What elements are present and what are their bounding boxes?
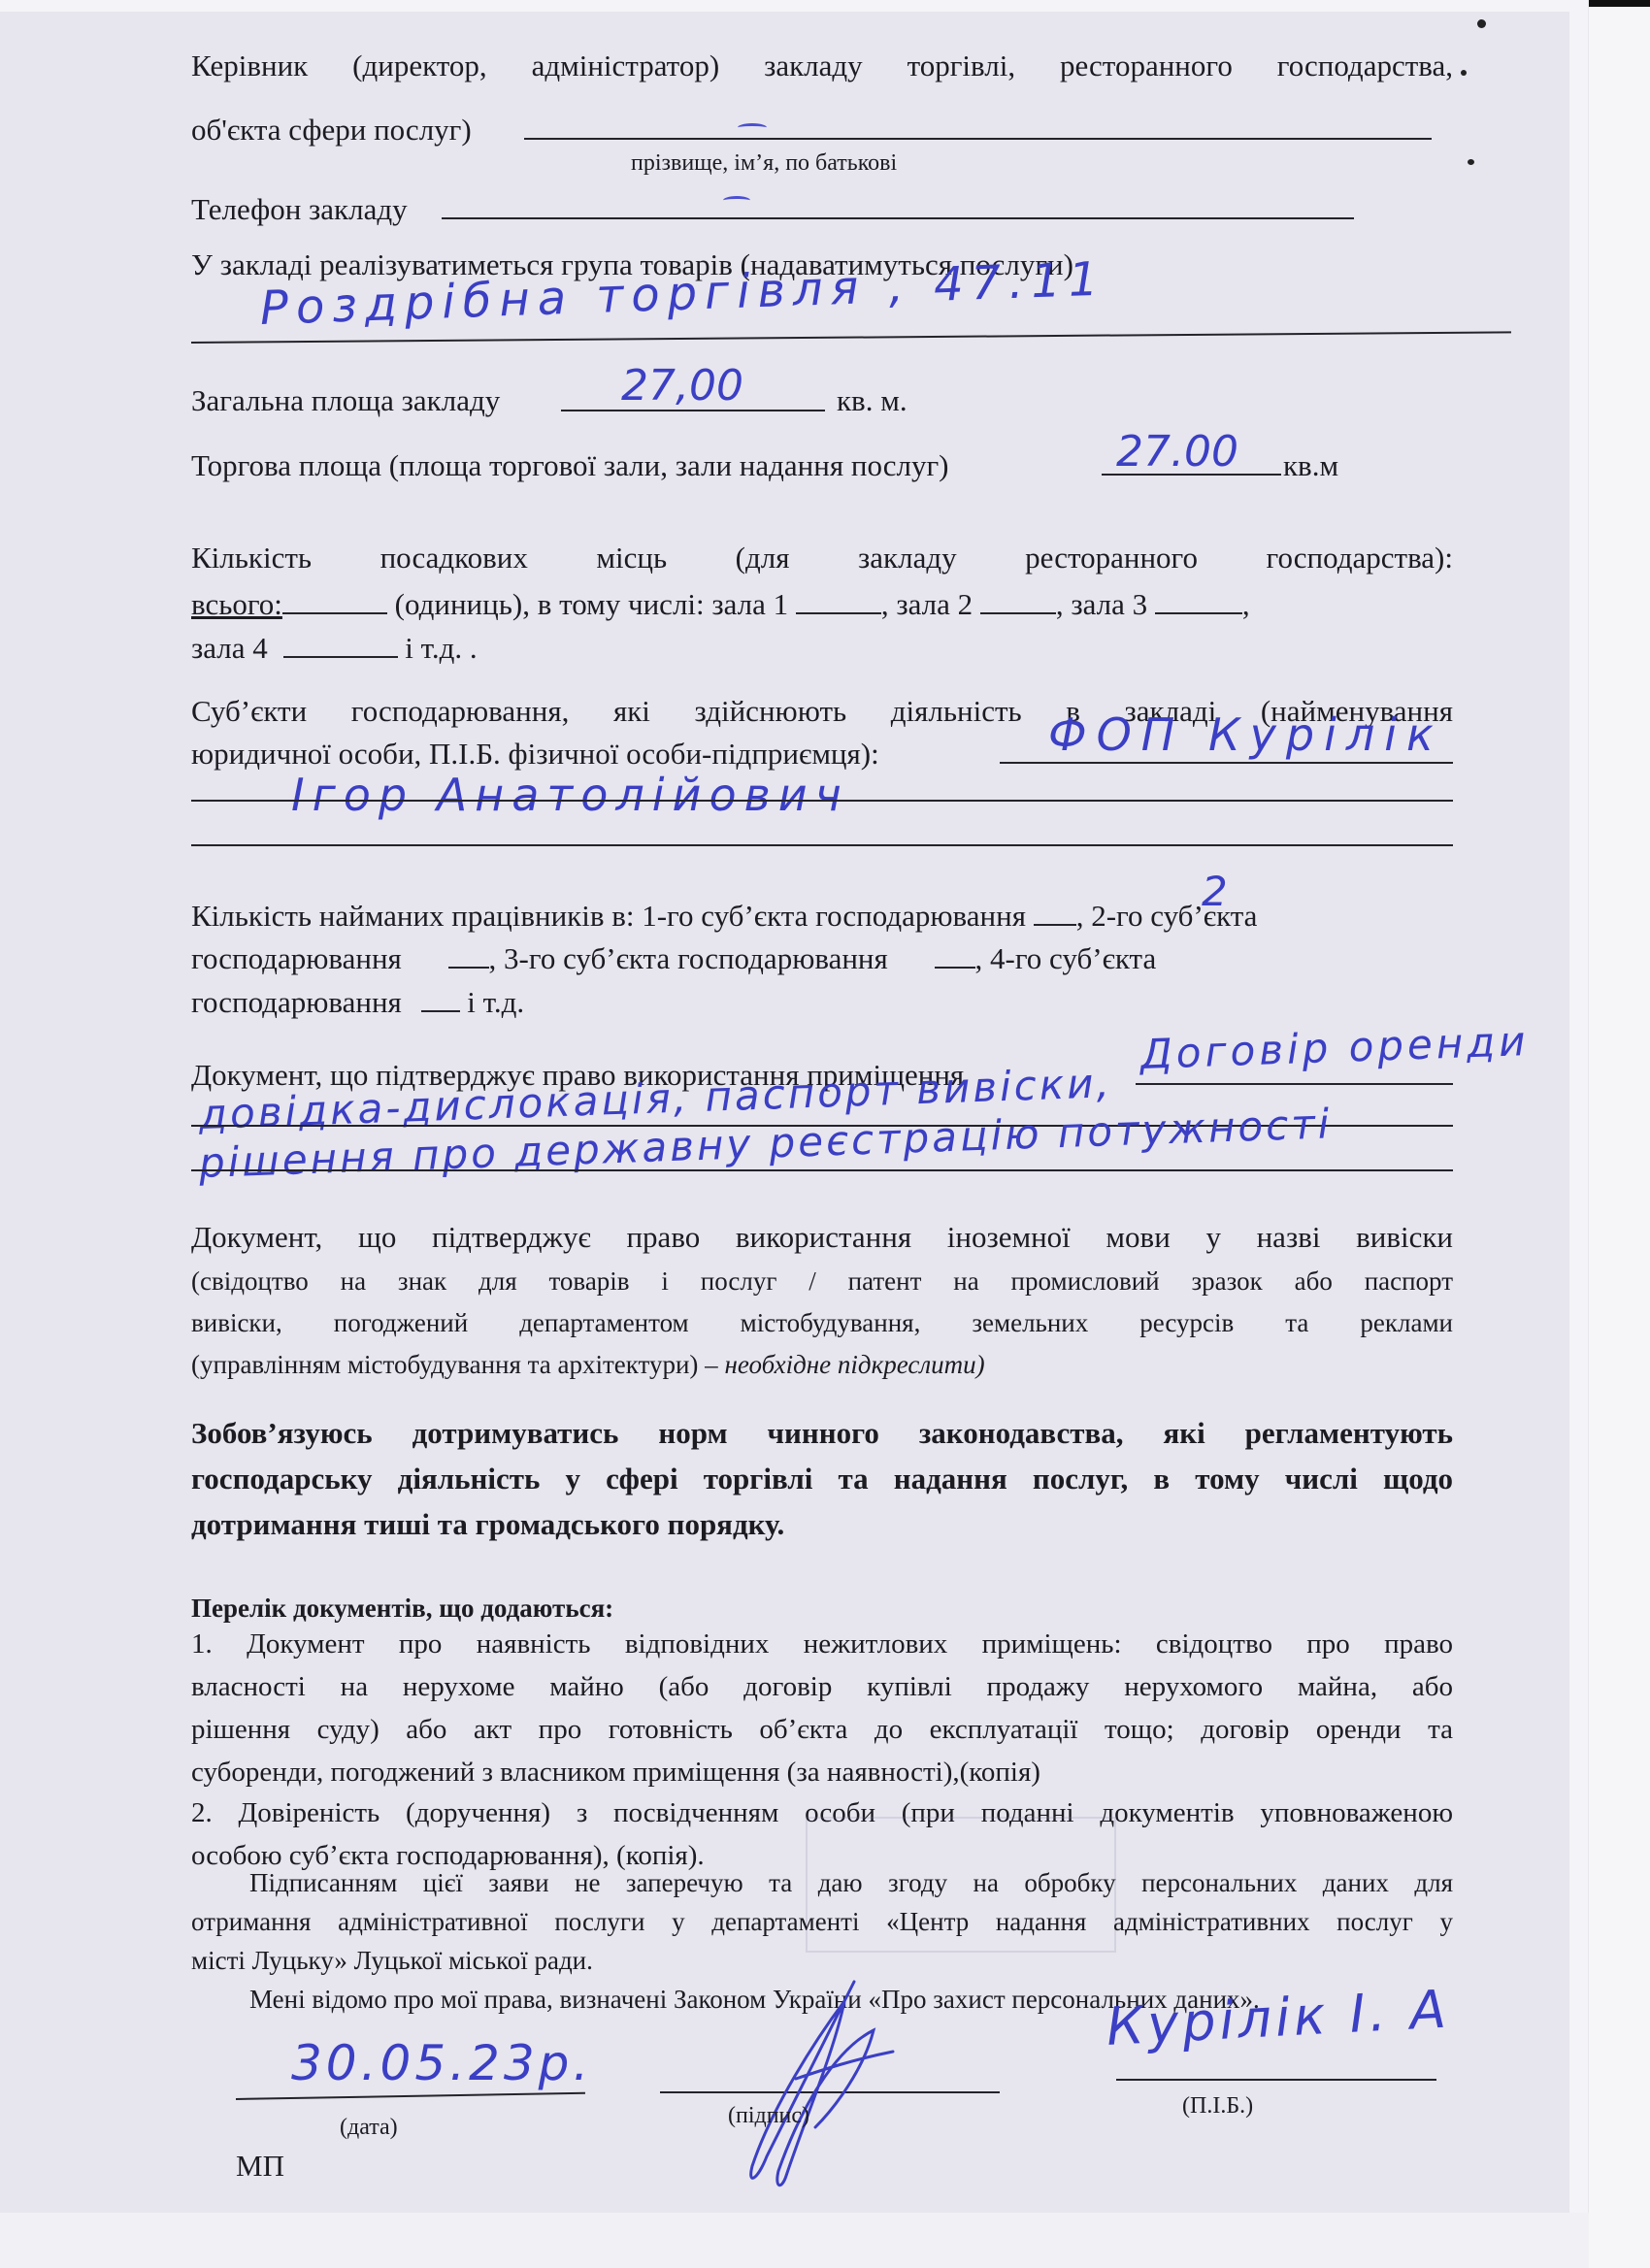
employees-field-1[interactable] [1034,899,1076,926]
foreign-doc-line4-italic: необхідне підкреслити) [724,1350,984,1379]
premises-doc-value-line1: Договір оренди [1139,1017,1530,1078]
total-area-unit: кв. м. [837,383,907,418]
hall4-field[interactable] [283,631,398,658]
date-label: (дата) [340,2110,398,2145]
commitment-line3: дотримання тиші та громадського порядку. [191,1507,784,1542]
trade-area-unit: кв.м [1283,448,1338,483]
attachments-title: Перелік документів, що додаються: [191,1591,613,1626]
employees-label-1: Кількість найманих працівників в: 1-го с… [191,899,1026,933]
name-field[interactable] [1116,2079,1436,2081]
foreign-doc-line3: вивіски, погоджений департаментом містоб… [191,1305,1453,1340]
scan-speck [1468,159,1474,165]
signature-label: (підпис) [728,2098,809,2133]
date-value: 30.05.23р. [291,2035,592,2091]
employees-field-2[interactable] [448,941,489,969]
scanner-corner [1589,0,1650,7]
foreign-doc-line4-text: (управлінням містобудування та архітекту… [191,1350,718,1379]
employees-line3: господарювання і т.д. [191,985,524,1020]
foreign-doc-line1: Документ, що підтверджує право використа… [191,1220,1453,1255]
entities-field-line2[interactable] [191,800,1453,802]
attachment-1-line4: суборенди, погоджений з власником приміщ… [191,1755,1040,1790]
seats-line2: всього: (одиниць), в тому числі: зала 1 … [191,587,1250,622]
employees-line2-c: , 4-го суб’єкта [975,941,1157,975]
attachment-1-line3: рішення суду) або акт про готовність об’… [191,1712,1453,1747]
commitment-line2: господарську діяльність у сфері торгівлі… [191,1462,1453,1496]
entities-label-line2: юридичної особи, П.І.Б. фізичної особи-п… [191,737,879,772]
employees-line2-a: господарювання [191,941,402,975]
manager-hint: прізвище, ім’я, по батькові [631,146,897,181]
scan-speck [1477,19,1486,28]
employees-line1: Кількість найманих працівників в: 1-го с… [191,899,1257,934]
entities-value-line1: ФОП Курілік [1048,708,1443,761]
employees-line3-b: і т.д. [467,985,524,1019]
form-page: Керівник (директор, адміністратор) закла… [0,12,1569,2224]
employees-line3-a: господарювання [191,985,402,1019]
scan-speck [1461,70,1467,76]
phone-field[interactable] [442,217,1354,219]
scanner-edge [1588,0,1650,2268]
hall4-label: зала 4 [191,631,268,665]
employees-line2-b: , 3-го суб’єкта господарювання [489,941,888,975]
employees-value-1: 2 [1202,868,1228,915]
phone-dash-mark [723,196,750,205]
seats-line3: зала 4 і т.д. . [191,631,478,666]
hall3-label: , зала 3 [1056,587,1147,621]
employees-field-4[interactable] [421,985,460,1012]
seats-units-text: (одиниць), в тому числі: зала 1 [395,587,788,621]
hall3-comma: , [1242,587,1250,621]
name-label: (П.І.Б.) [1182,2088,1253,2123]
employees-label-2: , 2-го суб’єкта [1076,899,1258,933]
entities-value-line2: Ігор Анатолійович [291,769,849,821]
hall3-field[interactable] [1155,587,1242,614]
employees-field-3[interactable] [935,941,975,969]
hall2-label: , зала 2 [881,587,973,621]
attachment-1-line2: власності на нерухоме майно (або договір… [191,1669,1453,1704]
seats-total-label: всього: [191,587,282,621]
entities-field-line3[interactable] [191,844,1453,846]
trade-area-label: Торгова площа (площа торгової зали, зали… [191,448,948,483]
employees-line2: господарювання , 3-го суб’єкта господарю… [191,941,1453,976]
attachment-1-line1: 1. Документ про наявність відповідних не… [191,1627,1453,1661]
phone-label: Телефон закладу [191,192,408,227]
premises-doc-field-line1[interactable] [1136,1083,1453,1085]
consent-line2: отримання адміністративної послуги у деп… [191,1904,1453,1939]
premises-doc-field-line3[interactable] [191,1169,1453,1171]
manager-dash-mark [738,123,767,132]
foreign-doc-line2: (свідоцтво на знак для товарів і послуг … [191,1264,1453,1298]
consent-line3: місті Луцьку» Луцької міської ради. [191,1943,593,1978]
goods-group-field[interactable] [191,331,1511,344]
seats-etc: і т.д. . [405,631,477,665]
date-field[interactable] [236,2092,585,2100]
hall1-field[interactable] [796,587,881,614]
entities-field-line1[interactable] [1000,762,1453,764]
total-area-label: Загальна площа закладу [191,383,500,418]
total-area-value: 27,00 [621,361,743,411]
seats-line1: Кількість посадкових місць (для закладу … [191,541,1453,575]
seal-label: МП [236,2149,284,2184]
hall2-field[interactable] [980,587,1056,614]
manager-field[interactable] [524,138,1432,140]
handwritten-signature [679,1962,941,2195]
trade-area-value: 27.00 [1116,427,1238,477]
foreign-doc-line4: (управлінням містобудування та архітекту… [191,1347,985,1382]
commitment-line1: Зобов’язуюсь дотримуватись норм чинного … [191,1416,1453,1451]
manager-label-line2: об'єкта сфери послуг) [191,113,472,148]
manager-label-line1: Керівник (директор, адміністратор) закла… [191,49,1453,83]
consent-line1: Підписанням цієї заяви не заперечую та д… [249,1865,1453,1900]
seats-total-field[interactable] [282,587,387,614]
page-bottom-margin [0,2213,1589,2268]
